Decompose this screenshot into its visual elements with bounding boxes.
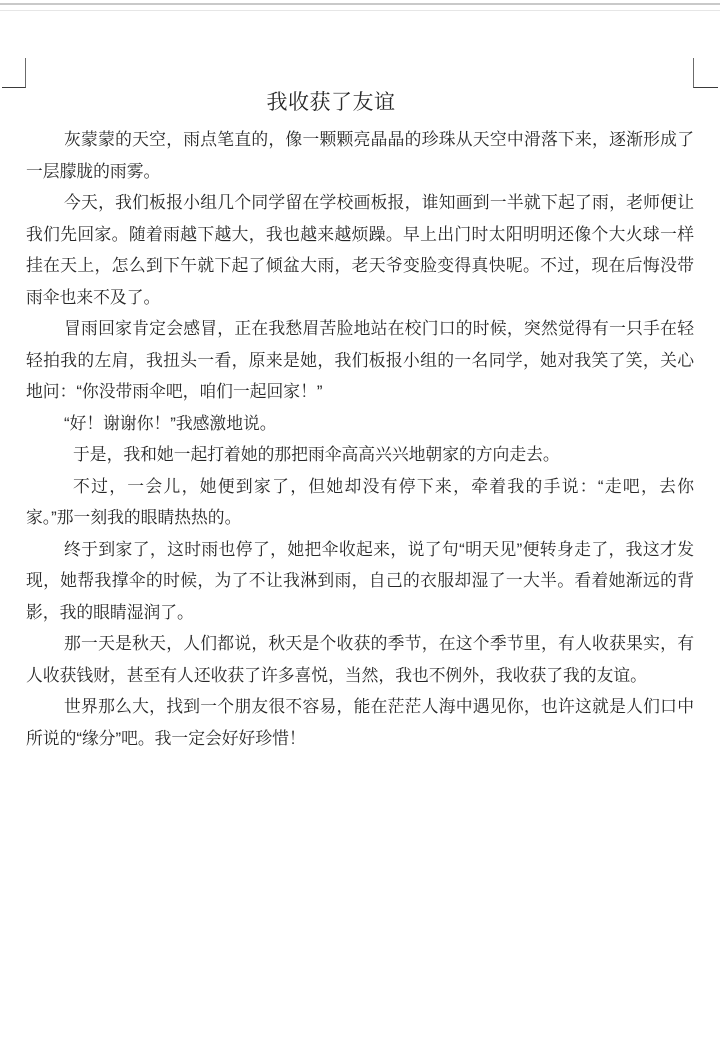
window-top-border	[0, 3, 720, 5]
margin-corner-mark-right	[693, 58, 718, 88]
document-page: 我收获了友谊 灰蒙蒙的天空，雨点笔直的，像一颗颗亮晶晶的珍珠从天空中滑落下来，逐…	[0, 0, 720, 1046]
paragraph: 世界那么大，找到一个朋友很不容易，能在茫茫人海中遇见你，也许这就是人们口中所说的…	[26, 691, 694, 754]
paragraph: 冒雨回家肯定会感冒，正在我愁眉苦脸地站在校门口的时候，突然觉得有一只手在轻轻拍我…	[26, 313, 694, 408]
paragraph: 终于到家了，这时雨也停了，她把伞收起来，说了句“明天见”便转身走了，我这才发现，…	[26, 534, 694, 629]
paragraph: 今天，我们板报小组几个同学留在学校画板报，谁知画到一半就下起了雨，老师便让我们先…	[26, 187, 694, 313]
paragraph: 那一天是秋天，人们都说，秋天是个收获的季节，在这个季节里，有人收获果实，有人收获…	[26, 628, 694, 691]
paragraph: 于是，我和她一起打着她的那把雨伞高高兴兴地朝家的方向走去。	[26, 439, 694, 471]
page-top-edge	[0, 10, 720, 11]
paragraph: “好！谢谢你！”我感激地说。	[26, 408, 694, 440]
document-title: 我收获了友谊	[0, 86, 665, 120]
paragraph: 灰蒙蒙的天空，雨点笔直的，像一颗颗亮晶晶的珍珠从天空中滑落下来，逐渐形成了一层朦…	[26, 124, 694, 187]
document-body: 灰蒙蒙的天空，雨点笔直的，像一颗颗亮晶晶的珍珠从天空中滑落下来，逐渐形成了一层朦…	[26, 124, 694, 754]
paragraph: 不过，一会儿，她便到家了，但她却没有停下来，牵着我的手说：“走吧，去你家。”那一…	[26, 471, 694, 534]
margin-corner-mark-left	[2, 58, 26, 88]
